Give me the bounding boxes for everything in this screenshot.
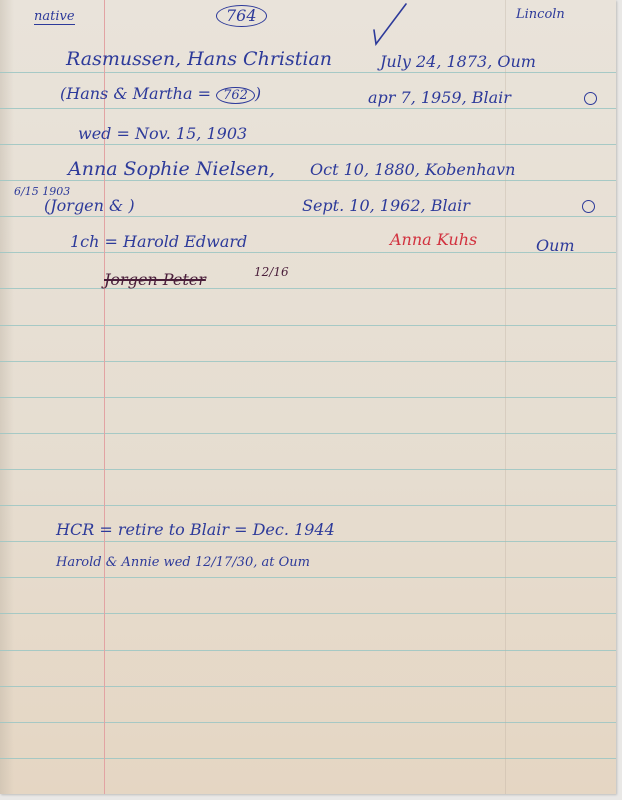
wife-parents: (Jorgen & )	[44, 198, 135, 214]
child-place: Oum	[536, 238, 575, 254]
wife-name: Anna Sophie Nielsen,	[68, 160, 275, 179]
husband-parents-close: )	[255, 84, 261, 103]
note-child-marriage: Harold & Annie wed 12/17/30, at Oum	[56, 556, 310, 569]
ruled-line	[0, 144, 616, 145]
deceased-mark-icon	[582, 200, 595, 213]
struck-child-name: Jorgen Peter	[104, 272, 206, 288]
ruled-line	[0, 541, 616, 542]
record-number-circle: 764	[216, 5, 267, 27]
red-margin-line	[104, 0, 105, 794]
husband-parents: (Hans & Martha = 762)	[60, 86, 261, 104]
category-label: native	[34, 10, 75, 25]
ruled-line	[0, 469, 616, 470]
ruled-line	[0, 613, 616, 614]
ruled-line	[0, 288, 616, 289]
ruled-line	[0, 252, 616, 253]
wife-death: Sept. 10, 1962, Blair	[302, 198, 470, 214]
ruled-line	[0, 325, 616, 326]
ruled-line	[0, 577, 616, 578]
ruled-line	[0, 216, 616, 217]
note-retirement: HCR = retire to Blair = Dec. 1944	[56, 522, 335, 538]
ruled-line	[0, 505, 616, 506]
ruled-line	[0, 722, 616, 723]
children-line: 1ch = Harold Edward	[70, 234, 247, 250]
ruled-line	[0, 397, 616, 398]
husband-birth: July 24, 1873, Oum	[380, 54, 536, 70]
ruled-line	[0, 108, 616, 109]
ruled-line	[0, 758, 616, 759]
ruled-line	[0, 180, 616, 181]
husband-name: Rasmussen, Hans Christian	[66, 50, 332, 69]
marriage-date: wed = Nov. 15, 1903	[78, 126, 247, 142]
fold-crease	[505, 0, 506, 794]
wife-birth: Oct 10, 1880, Kobenhavn	[310, 162, 515, 178]
ruled-line	[0, 686, 616, 687]
deceased-mark-icon	[584, 92, 597, 105]
ruled-line	[0, 650, 616, 651]
location-label: Lincoln	[516, 8, 565, 21]
child-spouse: Anna Kuhs	[390, 232, 477, 248]
husband-parents-text: (Hans & Martha =	[60, 84, 211, 103]
record-number: 764	[216, 5, 267, 27]
checkmark-icon	[362, 2, 410, 46]
parents-record-ref: 762	[216, 87, 255, 104]
husband-death: apr 7, 1959, Blair	[368, 90, 511, 106]
notebook-page: native 764 Lincoln Rasmussen, Hans Chris…	[0, 0, 616, 794]
ruled-line	[0, 72, 616, 73]
struck-child-date: 12/16	[254, 266, 289, 278]
ruled-line	[0, 361, 616, 362]
ruled-line	[0, 433, 616, 434]
